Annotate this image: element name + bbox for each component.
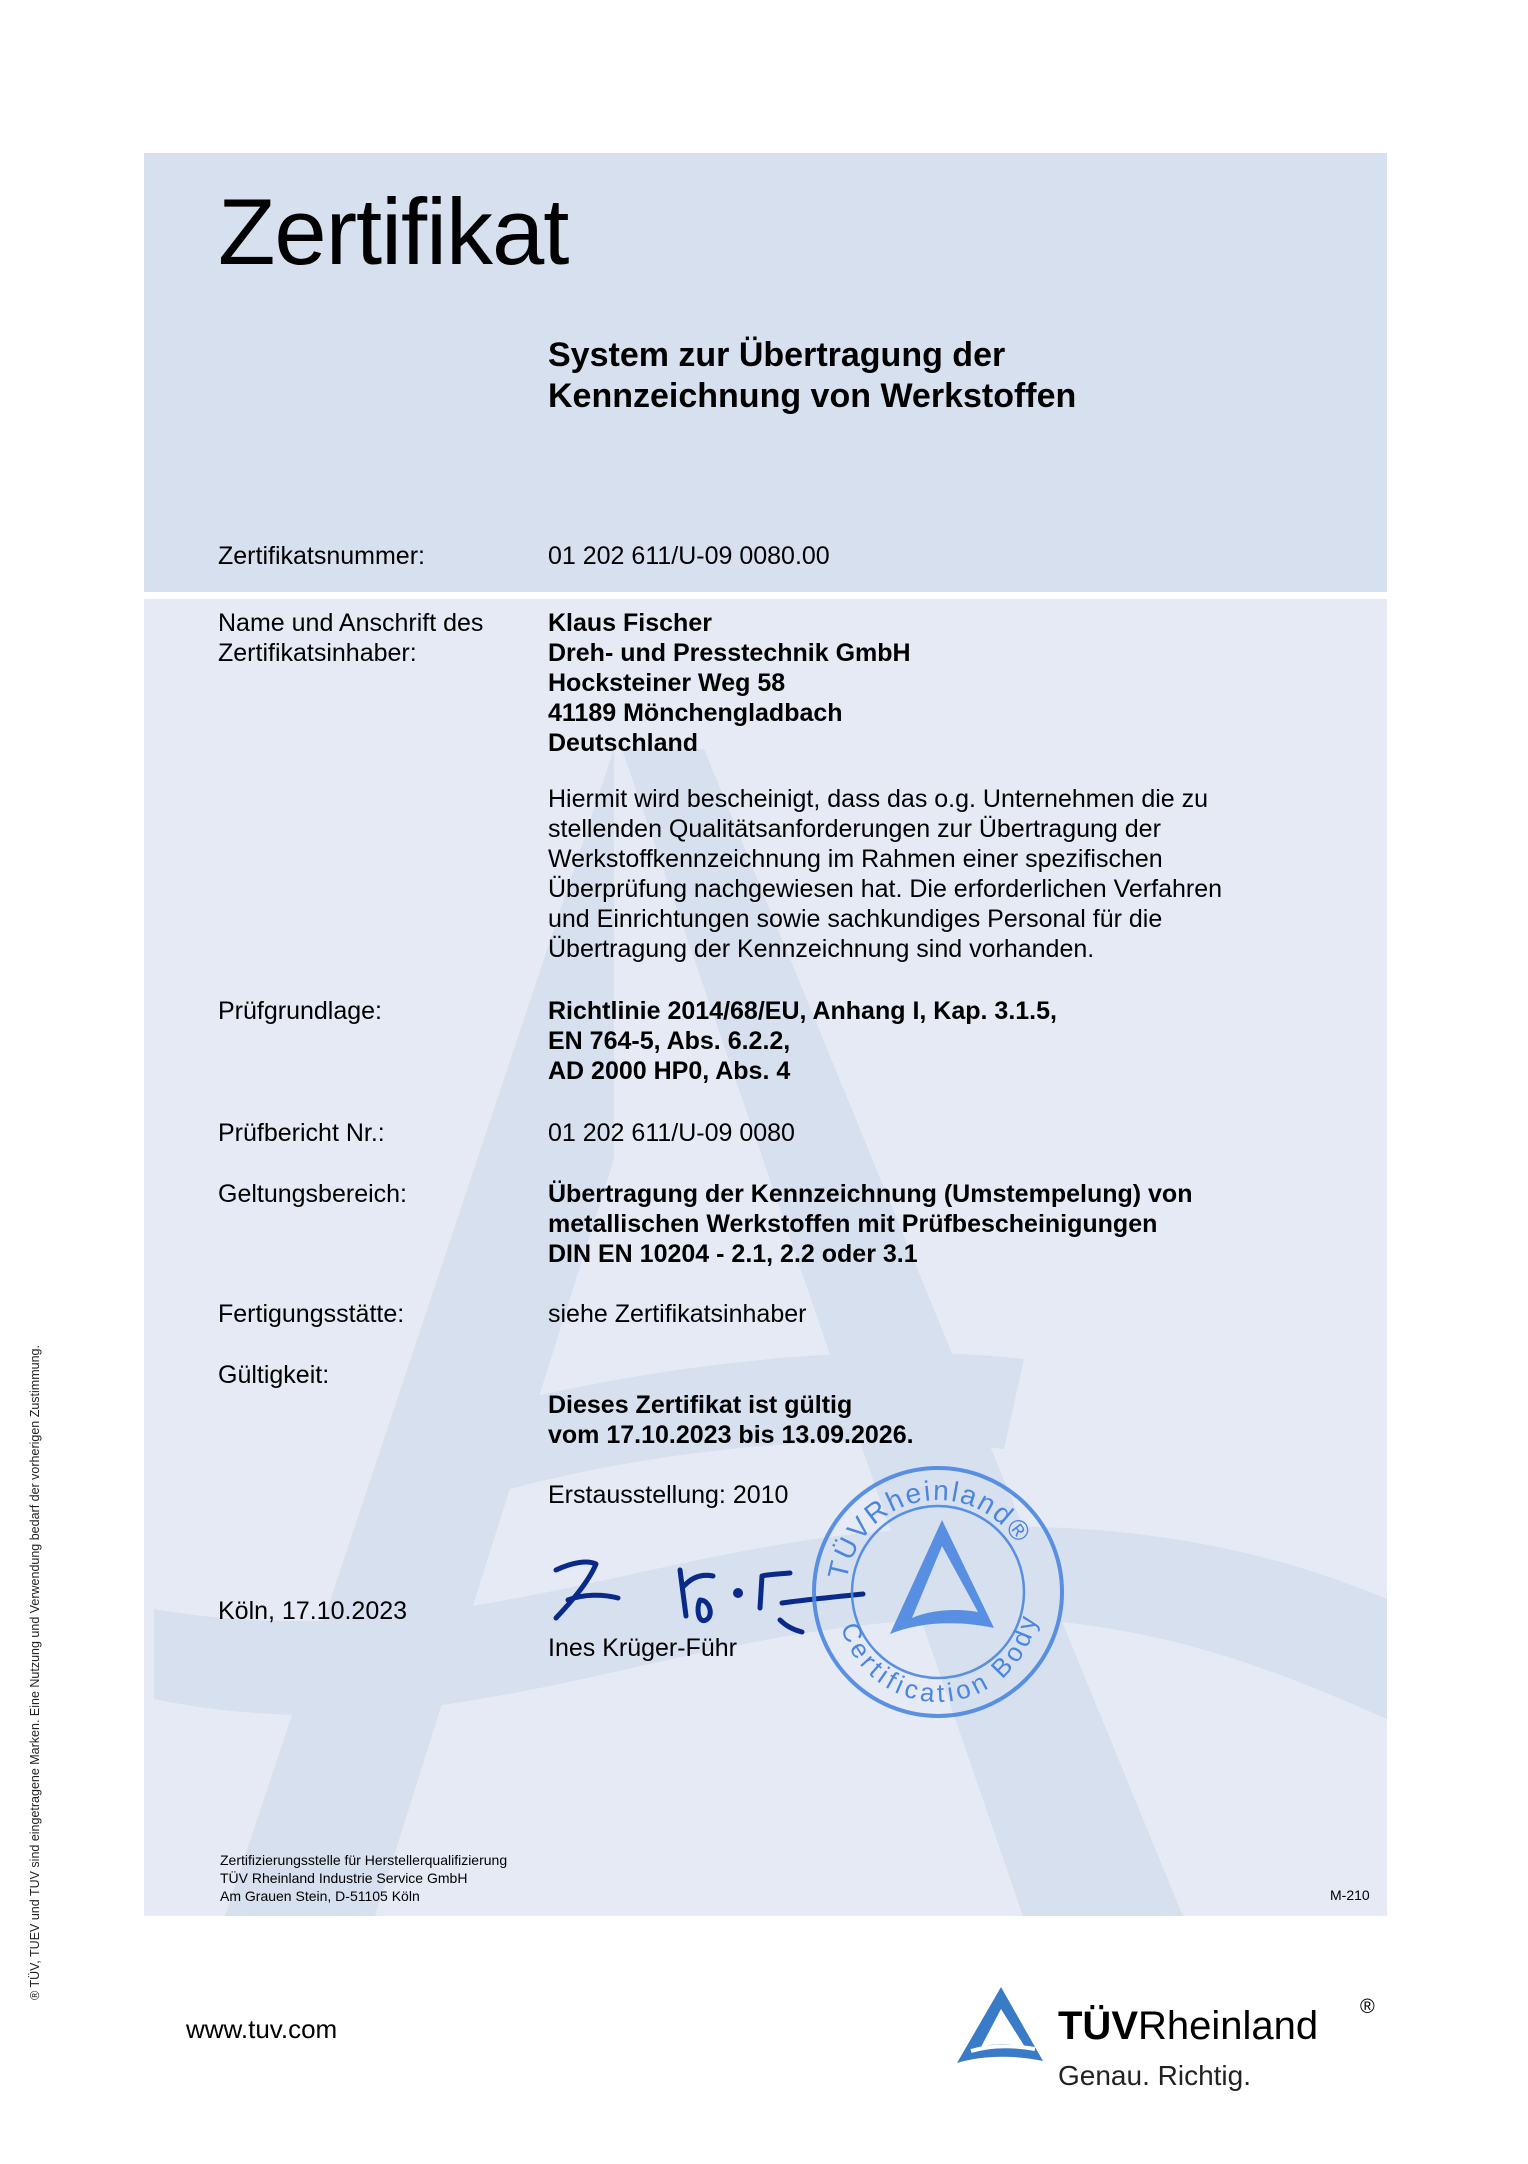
certificate-number-value: 01 202 611/U-09 0080.00	[548, 541, 1288, 571]
site-value: siehe Zertifikatsinhaber	[548, 1299, 1288, 1329]
certification-statement: Hiermit wird bescheinigt, dass das o.g. …	[548, 784, 1308, 964]
basis-label: Prüfgrundlage:	[218, 996, 538, 1026]
place-and-date: Köln, 17.10.2023	[218, 1597, 407, 1626]
brand-name: TÜVRheinland	[1058, 2004, 1318, 2049]
brand-name-regular: Rheinland	[1138, 2004, 1318, 2048]
brand-name-bold: TÜV	[1058, 2004, 1138, 2048]
site-label: Fertigungsstätte:	[218, 1299, 538, 1329]
trademark-note: ® TÜV, TUEV und TUV sind eingetragene Ma…	[28, 1345, 42, 2000]
registered-mark: ®	[1360, 1996, 1375, 2019]
signer-name: Ines Krüger-Führ	[548, 1634, 737, 1663]
certificate-subtitle: System zur Übertragung der Kennzeichnung…	[548, 335, 1076, 417]
holder-address: Klaus Fischer Dreh- und Presstechnik Gmb…	[548, 608, 1288, 758]
report-value: 01 202 611/U-09 0080	[548, 1118, 1288, 1148]
holder-label: Name und Anschrift des Zertifikatsinhabe…	[218, 608, 538, 668]
basis-value: Richtlinie 2014/68/EU, Anhang I, Kap. 3.…	[548, 996, 1288, 1086]
report-label: Prüfbericht Nr.:	[218, 1118, 538, 1148]
certificate-title: Zertifikat	[218, 185, 568, 279]
brand-tagline: Genau. Richtig.	[1058, 2060, 1251, 2092]
website-link[interactable]: www.tuv.com	[186, 2014, 337, 2045]
validity-period: Dieses Zertifikat ist gültig vom 17.10.2…	[548, 1390, 1288, 1450]
scope-label: Geltungsbereich:	[218, 1179, 538, 1209]
subtitle-line-2: Kennzeichnung von Werkstoffen	[548, 376, 1076, 417]
tuv-triangle-logo-icon	[955, 1985, 1045, 2067]
certification-body-stamp-icon: TÜVRheinland® Certification Body	[808, 1462, 1068, 1722]
document-code: M-210	[1330, 1887, 1370, 1903]
certificate-number-label: Zertifikatsnummer:	[218, 541, 538, 571]
subtitle-line-1: System zur Übertragung der	[548, 335, 1076, 376]
scope-value: Übertragung der Kennzeichnung (Umstempel…	[548, 1179, 1288, 1269]
issuer-address: Zertifizierungsstelle für Herstellerqual…	[220, 1851, 507, 1905]
validity-label: Gültigkeit:	[218, 1360, 538, 1390]
